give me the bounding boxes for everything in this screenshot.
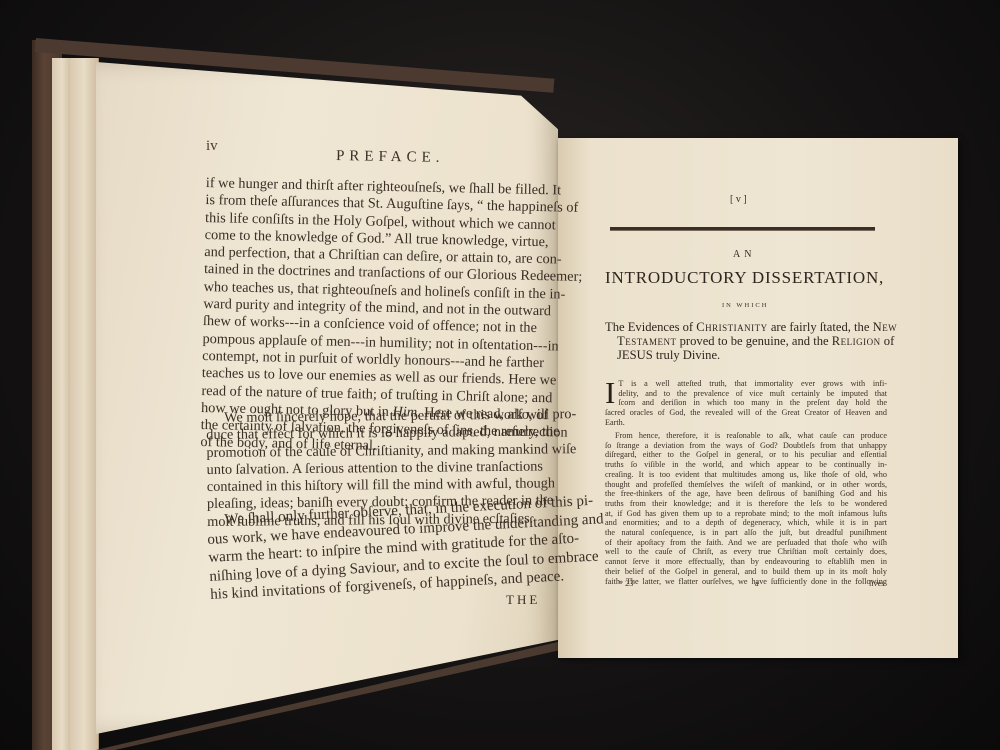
text-line: ſcorn and deriſion in which too many in … <box>605 398 887 408</box>
text-fragment: of <box>881 334 895 348</box>
text-line: well to the cauſe of Chriſt, as every tr… <box>605 547 887 557</box>
text-line: faith. The latter, we flatter ourſelves,… <box>605 577 887 587</box>
title-connector: IN WHICH <box>722 302 768 309</box>
text-line: T is a well atteſted truth, that immorta… <box>605 379 887 389</box>
book-photo: iv PREFACE. if we hunger and thirſt afte… <box>0 0 1000 750</box>
small-caps-word: Religion <box>832 334 881 348</box>
subtitle-line: The Evidences of Christianity are fairly… <box>605 320 887 334</box>
text-line: diſregard, either to the Goſpel in gener… <box>605 450 887 460</box>
page-edges <box>70 58 99 750</box>
dissertation-paragraph-1: I T is a well atteſted truth, that immor… <box>605 379 887 428</box>
text-line: truths ſo viſible in the world, and whic… <box>605 460 887 470</box>
small-caps-word: Christianity <box>696 320 767 334</box>
text-line: and enormities; and to a depth of degene… <box>605 518 887 528</box>
drop-cap: I <box>605 380 615 406</box>
subtitle-line: JESUS truly Divine. <box>605 348 887 362</box>
text-line: truths from their knowledge; and it is t… <box>605 499 887 509</box>
text-line: Earth. <box>605 418 887 428</box>
text-line: the natural conſequence, is in part alſo… <box>605 528 887 538</box>
small-caps-word: Testament <box>617 334 676 348</box>
running-head: PREFACE. <box>336 148 445 167</box>
sheet-mark: a <box>755 579 759 588</box>
text-line: cannot ſerve it more effectually, than b… <box>605 557 887 567</box>
text-fragment: The Evidences of <box>605 320 696 334</box>
text-line: creaſing. It is too evident that multitu… <box>605 470 887 480</box>
preface-paragraph-3: We ſhall only further obſerve, that, in … <box>206 495 542 605</box>
header-rule-divider <box>610 227 875 231</box>
text-line: thought and profeſſed themſelves the wiſ… <box>605 480 887 490</box>
chapter-subtitle: The Evidences of Christianity are fairly… <box>605 320 887 363</box>
page-number-right: [ v ] <box>730 194 747 205</box>
dissertation-paragraph-2: From hence, therefore, it is reaſonable … <box>605 431 887 586</box>
small-caps-word: New <box>873 320 898 334</box>
text-line: From hence, therefore, it is reaſonable … <box>605 431 887 441</box>
text-line: ſo ſtrange a deviation from the ways of … <box>605 441 887 451</box>
text-line: ſacred oracles of God, the revealed will… <box>605 408 887 418</box>
subtitle-line: Testament proved to be genuine, and the … <box>605 334 887 348</box>
text-line: their belief of the Goſpel in general, a… <box>605 567 887 577</box>
text-line: delity, and to the prevalence of vice mu… <box>605 389 887 399</box>
chapter-title: INTRODUCTORY DISSERTATION, <box>605 268 885 288</box>
text-fragment: are fairly ſtated, the <box>768 320 873 334</box>
text-line: of their apoſtacy from the faith. And we… <box>605 538 887 548</box>
text-line: at, if God has given them up to a reprob… <box>605 509 887 519</box>
signature-mark: * 23 <box>619 579 633 588</box>
catchword: THE <box>506 592 540 608</box>
catchword: lives <box>869 579 884 588</box>
text-fragment: proved to be genuine, and the <box>676 334 831 348</box>
title-prefix: AN <box>733 249 755 260</box>
page-number-left: iv <box>206 138 218 155</box>
text-line: the free-thinkers of the age, have been … <box>605 489 887 499</box>
